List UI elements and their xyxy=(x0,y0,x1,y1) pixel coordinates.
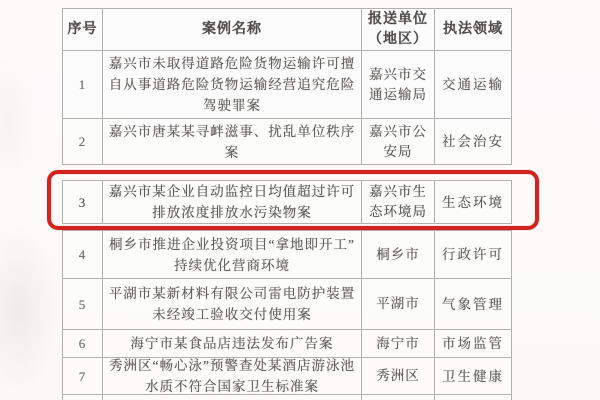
cell-enforcement-field: 行政许可 xyxy=(435,231,511,278)
cell-case-name xyxy=(103,395,362,400)
cell-reporting-unit: 嘉兴市交通运输局 xyxy=(362,51,435,118)
table-row: 6 海宁市某食品店违法发布广告案 海宁市 市场监管 xyxy=(63,330,511,358)
cell-reporting-unit: 平湖市 xyxy=(362,279,435,329)
cell-row-number: 4 xyxy=(63,231,103,278)
cell-enforcement-field: 卫生健康 xyxy=(435,358,511,394)
cell-row-number: 1 xyxy=(63,51,103,118)
scanned-document-page: 序号 案例名称 报送单位（地区） 执法领域 1 嘉兴市未取得道路危险货物运输许可… xyxy=(0,0,600,400)
cell-row-number: 2 xyxy=(63,119,103,164)
table-row-highlighted: 3 嘉兴市某企业自动监控日均值超过许可排放浓度排放水污染物案 嘉兴市生态环境局 … xyxy=(63,181,511,223)
cell-enforcement-field: 交通运输 xyxy=(435,51,511,118)
case-table-upper: 序号 案例名称 报送单位（地区） 执法领域 1 嘉兴市未取得道路危险货物运输许可… xyxy=(62,8,512,165)
table-header-row: 序号 案例名称 报送单位（地区） 执法领域 xyxy=(63,9,511,51)
table-row: 1 嘉兴市未取得道路危险货物运输许可擅自从事道路危险货物运输经营追究危险驾驶罪案… xyxy=(63,51,511,119)
cell-enforcement-field: 气象管理 xyxy=(435,279,511,329)
case-table-lower: 4 桐乡市推进企业投资项目“拿地即开工” 持续优化营商环境 桐乡市 行政许可 5… xyxy=(62,230,512,400)
cell-enforcement-field: 社会治安 xyxy=(435,119,511,164)
cell-reporting-unit: 嘉兴市公安局 xyxy=(362,119,435,164)
cell-enforcement-field xyxy=(435,395,511,400)
cell-reporting-unit: 秀洲区 xyxy=(362,358,435,394)
cell-case-name: 嘉兴市唐某某寻衅滋事、扰乱单位秩序案 xyxy=(103,119,362,164)
cell-reporting-unit: 桐乡市 xyxy=(362,231,435,278)
cell-case-name: 嘉兴市未取得道路危险货物运输许可擅自从事道路危险货物运输经营追究危险驾驶罪案 xyxy=(103,51,362,118)
cell-row-number: 6 xyxy=(63,330,103,357)
column-header-case-name: 案例名称 xyxy=(103,9,362,50)
column-header-enforcement-field: 执法领域 xyxy=(435,9,511,50)
table-row: 4 桐乡市推进企业投资项目“拿地即开工” 持续优化营商环境 桐乡市 行政许可 xyxy=(63,231,511,279)
cell-enforcement-field: 市场监管 xyxy=(435,330,511,357)
cell-reporting-unit xyxy=(362,395,435,400)
cell-row-number: 5 xyxy=(63,279,103,329)
cell-case-name: 秀洲区“畅心泳”预警查处某酒店游泳池水质不符合国家卫生标准案 xyxy=(103,358,362,394)
case-table-highlighted-section: 3 嘉兴市某企业自动监控日均值超过许可排放浓度排放水污染物案 嘉兴市生态环境局 … xyxy=(62,180,512,224)
cell-row-number xyxy=(63,395,103,400)
cell-row-number: 7 xyxy=(63,358,103,394)
cell-case-name: 桐乡市推进企业投资项目“拿地即开工” 持续优化营商环境 xyxy=(103,231,362,278)
cell-row-number: 3 xyxy=(63,181,103,223)
table-row: 2 嘉兴市唐某某寻衅滋事、扰乱单位秩序案 嘉兴市公安局 社会治安 xyxy=(63,119,511,164)
table-row-cutoff xyxy=(63,395,511,400)
column-header-reporting-unit: 报送单位（地区） xyxy=(362,9,435,50)
cell-case-name: 平湖市某新材料有限公司雷电防护装置未经竣工验收交付使用案 xyxy=(103,279,362,329)
cell-case-name: 海宁市某食品店违法发布广告案 xyxy=(103,330,362,357)
column-header-number: 序号 xyxy=(63,9,103,50)
cell-reporting-unit: 海宁市 xyxy=(362,330,435,357)
cell-case-name: 嘉兴市某企业自动监控日均值超过许可排放浓度排放水污染物案 xyxy=(103,181,362,223)
table-row: 5 平湖市某新材料有限公司雷电防护装置未经竣工验收交付使用案 平湖市 气象管理 xyxy=(63,279,511,330)
cell-enforcement-field: 生态环境 xyxy=(435,181,511,223)
cell-reporting-unit: 嘉兴市生态环境局 xyxy=(362,181,435,223)
table-row: 7 秀洲区“畅心泳”预警查处某酒店游泳池水质不符合国家卫生标准案 秀洲区 卫生健… xyxy=(63,358,511,395)
